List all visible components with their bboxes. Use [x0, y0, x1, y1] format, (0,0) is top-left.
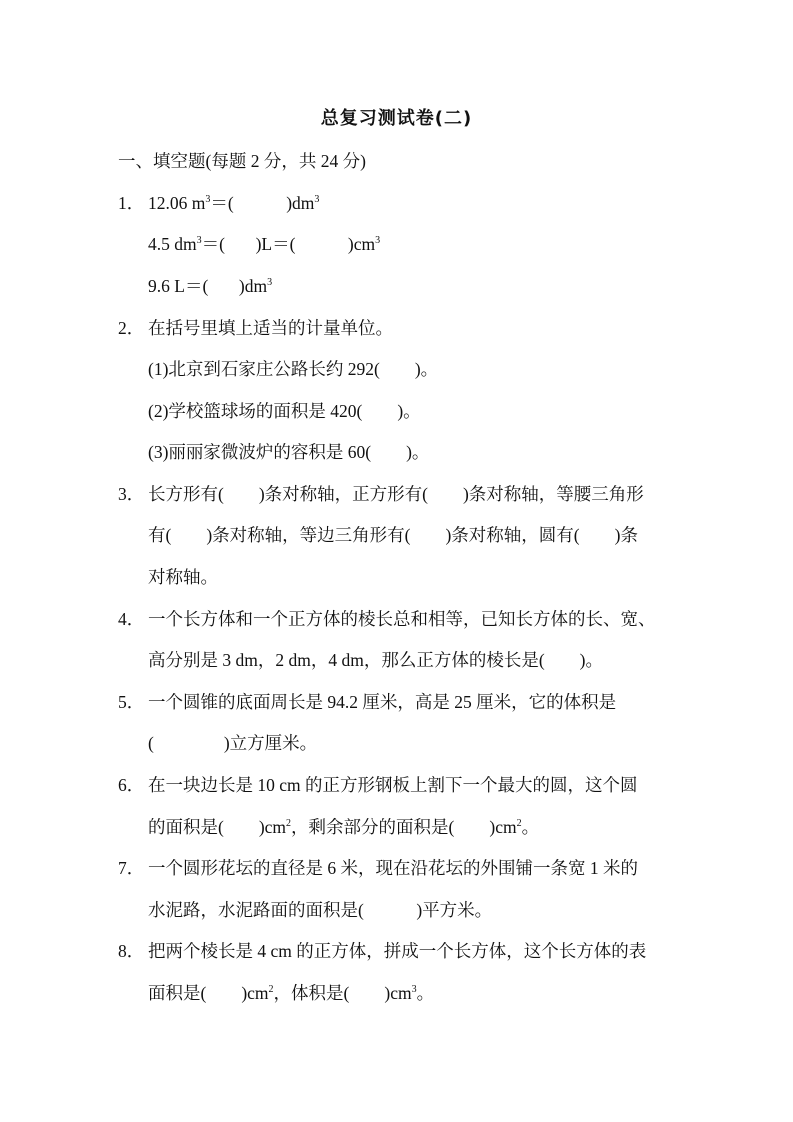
q6-line-2: 的面积是( )cm2，剩余部分的面积是( )cm2。	[148, 816, 539, 838]
q6-l2-text-a: 的面积是( )cm	[148, 817, 286, 837]
q4-line-1: 一个长方体和一个正方体的棱长总和相等，已知长方体的长、宽、	[148, 608, 656, 630]
question-number-5: 5．	[118, 691, 144, 713]
q1-l2-text-a: 4.5 dm	[148, 234, 197, 254]
q7-line-2: 水泥路，水泥路面的面积是( )平方米。	[148, 899, 492, 921]
question-number-1: 1．	[118, 192, 144, 214]
superscript: 3	[412, 984, 417, 995]
q4-line-2: 高分别是 3 dm，2 dm，4 dm，那么正方体的棱长是( )。	[148, 649, 603, 671]
q3-line-1: 长方形有( )条对称轴，正方形有( )条对称轴，等腰三角形	[148, 483, 644, 505]
q8-line-1: 把两个棱长是 4 cm 的正方体，拼成一个长方体，这个长方体的表	[148, 940, 646, 962]
q6-l2-text-c: 。	[522, 817, 540, 837]
question-number-2: 2．	[118, 317, 144, 339]
section-heading: 一、填空题(每题 2 分，共 24 分)	[118, 150, 366, 172]
q1-l3-text: 9.6 L＝( )dm	[148, 276, 267, 296]
superscript: 3	[375, 235, 380, 246]
superscript: 3	[314, 194, 319, 205]
superscript: 2	[269, 984, 274, 995]
q5-line-1: 一个圆锥的底面周长是 94.2 厘米，高是 25 厘米，它的体积是	[148, 691, 616, 713]
q1-line-1: 12.06 m3＝( )dm3	[148, 192, 319, 214]
superscript: 2	[286, 818, 291, 829]
q5-line-2: ( )立方厘米。	[148, 732, 317, 754]
q1-line-3: 9.6 L＝( )dm3	[148, 275, 272, 297]
q8-l2-text-b: ，体积是( )cm	[274, 983, 412, 1003]
q8-l2-text-a: 面积是( )cm	[148, 983, 269, 1003]
q8-l2-text-c: 。	[417, 983, 435, 1003]
superscript: 2	[517, 818, 522, 829]
q1-l1-text-a: 12.06 m	[148, 193, 205, 213]
q1-l2-text-b: ＝( )L＝( )cm	[202, 234, 376, 254]
page-title: 总复习测试卷(二)	[0, 104, 793, 130]
superscript: 3	[267, 277, 272, 288]
q2-stem: 在括号里填上适当的计量单位。	[148, 317, 393, 339]
superscript: 3	[197, 235, 202, 246]
q1-l1-text-b: ＝( )dm	[210, 193, 314, 213]
superscript: 3	[205, 194, 210, 205]
q1-line-2: 4.5 dm3＝( )L＝( )cm3	[148, 233, 380, 255]
q2-sub-3: (3)丽丽家微波炉的容积是 60( )。	[148, 441, 429, 463]
question-number-6: 6．	[118, 774, 144, 796]
q6-line-1: 在一块边长是 10 cm 的正方形钢板上割下一个最大的圆，这个圆	[148, 774, 638, 796]
question-number-7: 7．	[118, 857, 144, 879]
q6-l2-text-b: ，剩余部分的面积是( )cm	[291, 817, 517, 837]
q2-sub-1: (1)北京到石家庄公路长约 292( )。	[148, 358, 438, 380]
q3-line-3: 对称轴。	[148, 566, 218, 588]
question-number-4: 4．	[118, 608, 144, 630]
q3-line-2: 有( )条对称轴，等边三角形有( )条对称轴，圆有( )条	[148, 524, 638, 546]
q2-sub-2: (2)学校篮球场的面积是 420( )。	[148, 400, 421, 422]
question-number-8: 8．	[118, 940, 144, 962]
question-number-3: 3．	[118, 483, 144, 505]
q7-line-1: 一个圆形花坛的直径是 6 米，现在沿花坛的外围铺一条宽 1 米的	[148, 857, 638, 879]
q8-line-2: 面积是( )cm2，体积是( )cm3。	[148, 982, 434, 1004]
